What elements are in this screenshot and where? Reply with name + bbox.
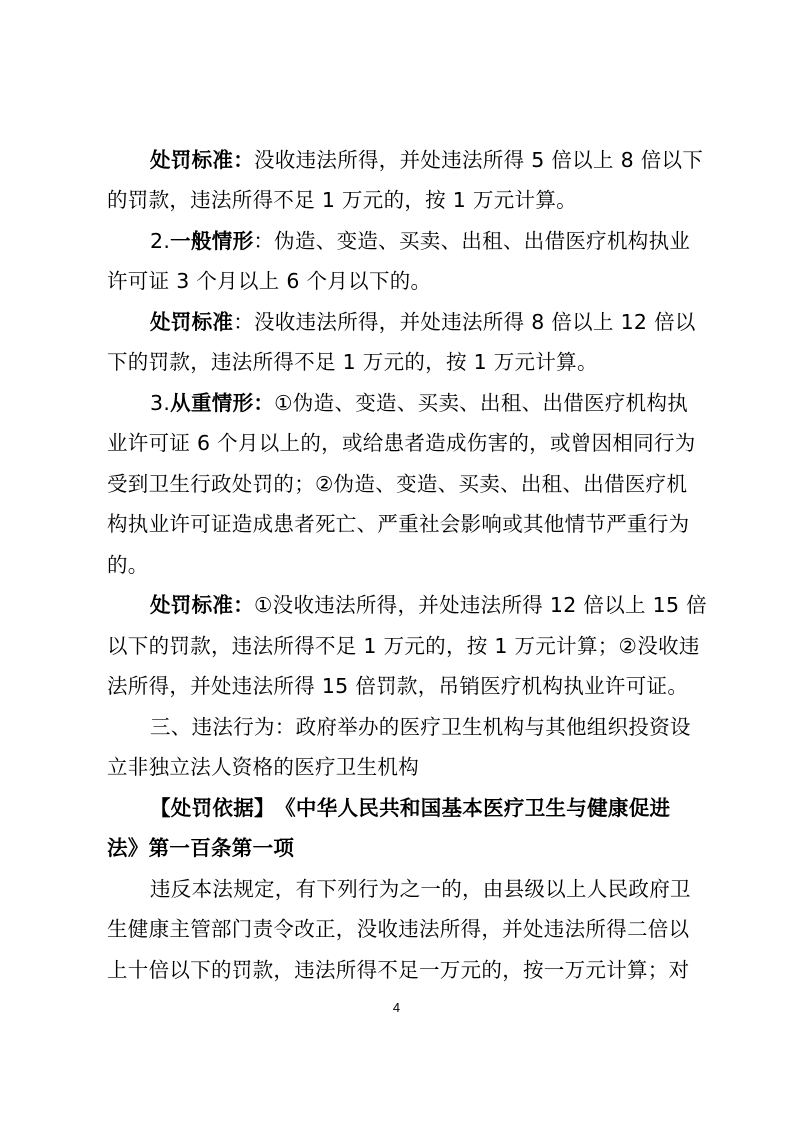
text-line: 构执业许可证造成患者死亡、严重社会影响或其他情节严重行为 [107, 510, 689, 538]
text-line: 下的罚款，违法所得不足 1 万元的，按 1 万元计算。 [107, 348, 689, 376]
bold-label: 处罚标准： [150, 148, 254, 172]
text-line: 的。 [107, 551, 689, 579]
text-line: 上十倍以下的罚款，违法所得不足一万元的，按一万元计算；对 [107, 956, 689, 984]
text-line: 法所得，并处违法所得 15 倍罚款，吊销医疗机构执业许可证。 [107, 672, 689, 700]
text-line: 受到卫生行政处罚的；②伪造、变造、买卖、出租、出借医疗机 [107, 470, 689, 498]
bold-label: 一般情形 [170, 229, 253, 253]
penalty-standard-line: 处罚标准：没收违法所得，并处违法所得 8 倍以上 12 倍以 [150, 308, 690, 336]
penalty-basis-heading-cont: 法》第一百条第一项 [107, 834, 689, 862]
page-number: 4 [0, 1000, 793, 1015]
aggravated-case-line: 3.从重情形：①伪造、变造、买卖、出租、出借医疗机构执 [150, 389, 690, 417]
bold-label: 处罚标准： [150, 593, 254, 617]
text-line: 许可证 3 个月以上 6 个月以下的。 [107, 267, 689, 295]
text-line: 业许可证 6 个月以上的，或给患者造成伤害的，或曾因相同行为 [107, 429, 689, 457]
bold-label: 从重情形： [170, 391, 274, 415]
text-line: 以下的罚款，违法所得不足 1 万元的，按 1 万元计算；②没收违 [107, 632, 689, 660]
penalty-standard-line: 处罚标准：没收违法所得，并处违法所得 5 倍以上 8 倍以下 [150, 146, 690, 174]
violation-heading-line: 三、违法行为：政府举办的医疗卫生机构与其他组织投资设 [150, 713, 690, 741]
bold-label: 处罚标准 [150, 310, 233, 334]
law-text-line: 违反本法规定，有下列行为之一的，由县级以上人民政府卫 [150, 875, 690, 903]
general-case-line: 2.一般情形：伪造、变造、买卖、出租、出借医疗机构执业 [150, 227, 690, 255]
text-line: 立非独立法人资格的医疗卫生机构 [107, 753, 689, 781]
penalty-standard-line: 处罚标准：①没收违法所得，并处违法所得 12 倍以上 15 倍 [150, 591, 690, 619]
text-line: 的罚款，违法所得不足 1 万元的，按 1 万元计算。 [107, 186, 689, 214]
penalty-basis-heading: 【处罚依据】 《中华人民共和国基本医疗卫生与健康促进 [150, 794, 690, 822]
text-line: 生健康主管部门责令改正，没收违法所得，并处违法所得二倍以 [107, 915, 689, 943]
document-page: 处罚标准：没收违法所得，并处违法所得 5 倍以上 8 倍以下 的罚款，违法所得不… [0, 0, 793, 1122]
